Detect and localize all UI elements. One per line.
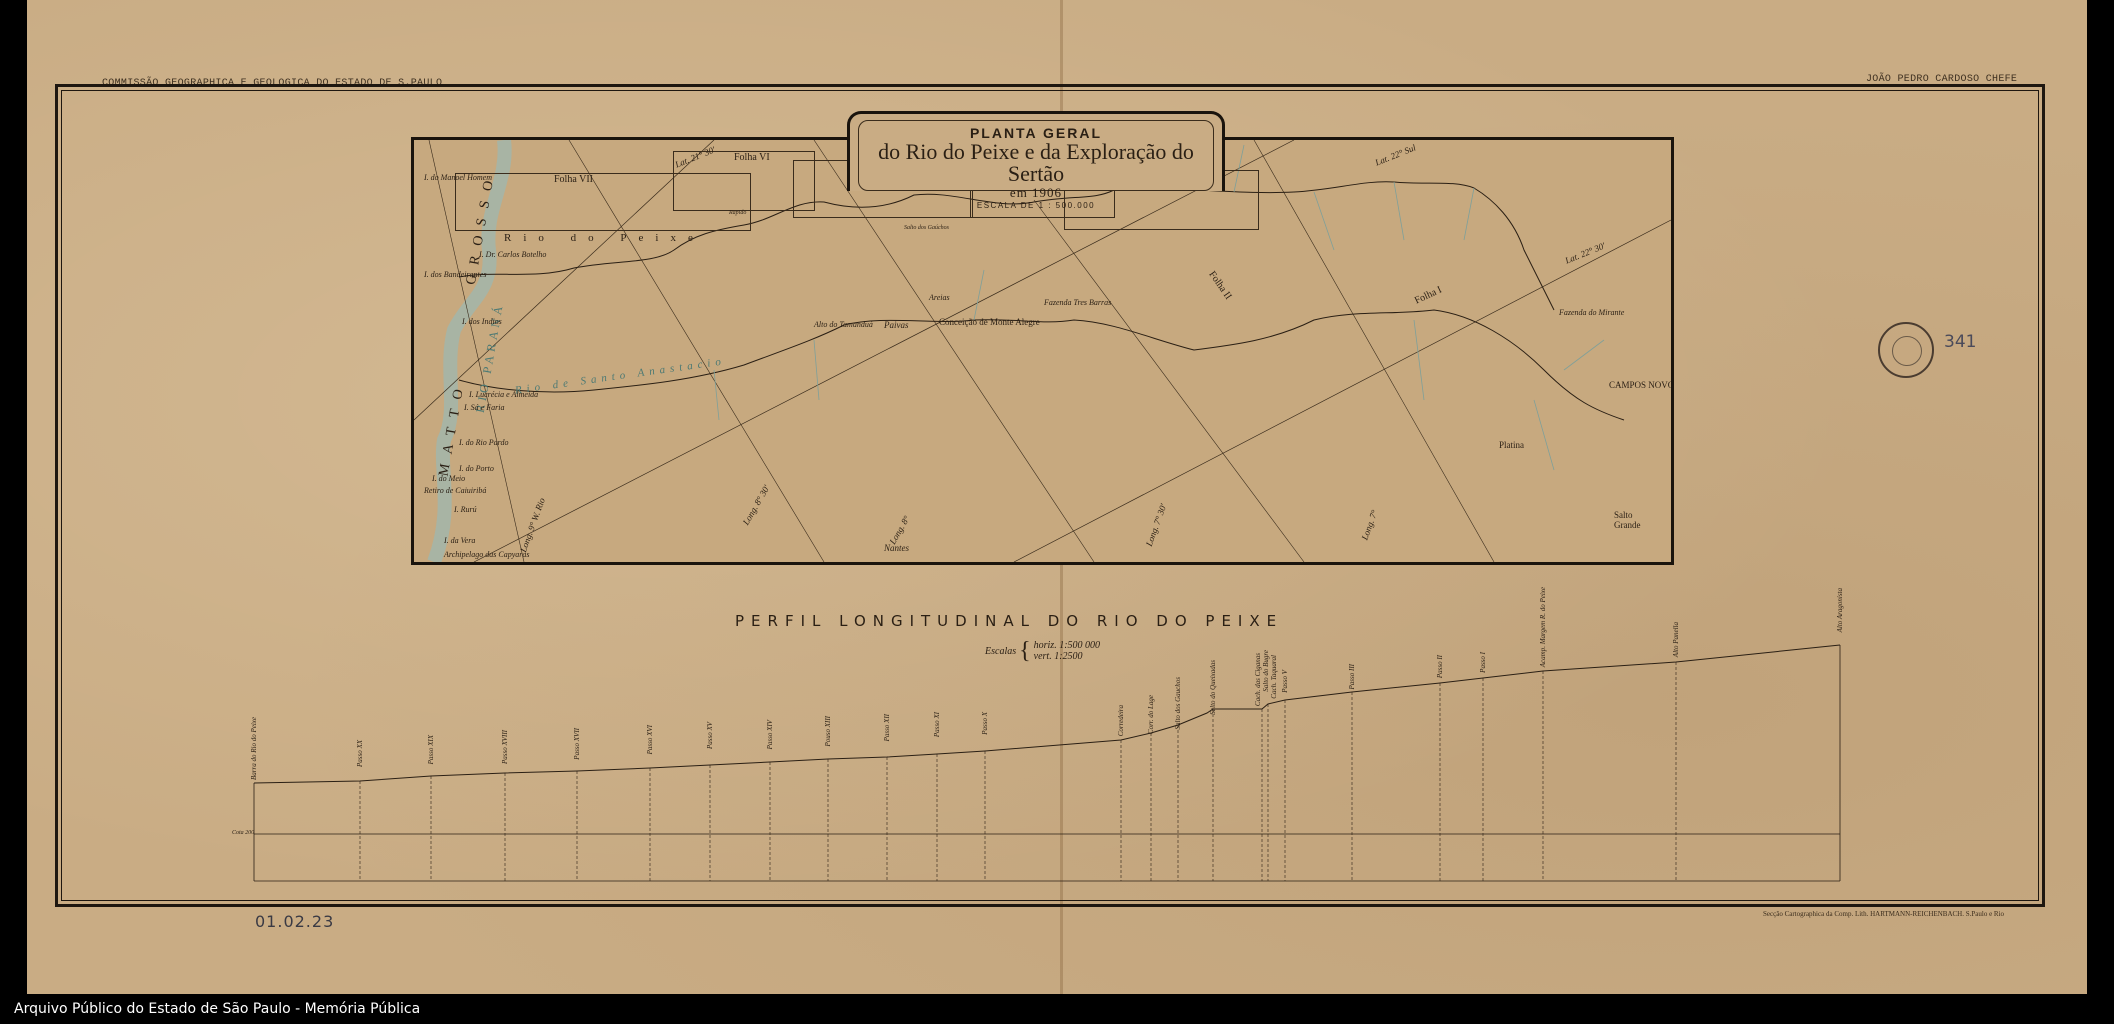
station-label: Passo XV [706,722,714,749]
station-label: Passo XX [356,740,364,767]
station-label: Passo V [1281,670,1289,693]
station-label: Passo XVI [646,725,654,754]
lithographer-credit: Secção Cartographica da Comp. Lith. HART… [1763,910,2004,918]
station-label: Alto Aragonista [1836,588,1844,632]
station-label: Passo XI [933,712,941,737]
datum-label: Cota 200 [232,830,254,836]
station-label: Cach. das Ciganas [1254,653,1262,706]
station-label: Passo I [1479,652,1487,673]
station-label: Corredeira [1117,705,1125,736]
stamp-number: 341 [1944,332,1976,352]
station-label: Barra do Rio do Peixe [250,712,258,780]
station-label: Pouso XIII [824,716,832,747]
station-label: Acamp. Margem R. do Peixe [1539,587,1547,667]
station-label: Passo XII [883,714,891,741]
station-label: Passo XIX [427,735,435,764]
station-label: Salto dos Gauchos [1174,677,1182,730]
station-label: Passo III [1348,664,1356,689]
station-label: Passo XVIII [501,730,509,764]
station-label: Alto Panella [1672,622,1680,657]
station-label: Passo X [981,712,989,735]
station-label: Passo II [1436,655,1444,678]
station-label: Passo XVII [573,728,581,760]
station-label: Salto do Queixadas [1209,660,1217,715]
station-label: Salto do Bugre [1262,650,1270,692]
station-label: Corr. do Lage [1147,695,1155,734]
footer-bar: Arquivo Público do Estado de São Paulo -… [0,994,2114,1024]
station-label: Cach. Taquaral [1270,655,1278,699]
archive-credit: Arquivo Público do Estado de São Paulo -… [14,1001,420,1017]
station-label: Passo XIV [766,720,774,749]
profile-chart [0,0,2114,994]
archive-stamp [1878,322,1934,378]
handwritten-date: 01.02.23 [255,912,334,931]
